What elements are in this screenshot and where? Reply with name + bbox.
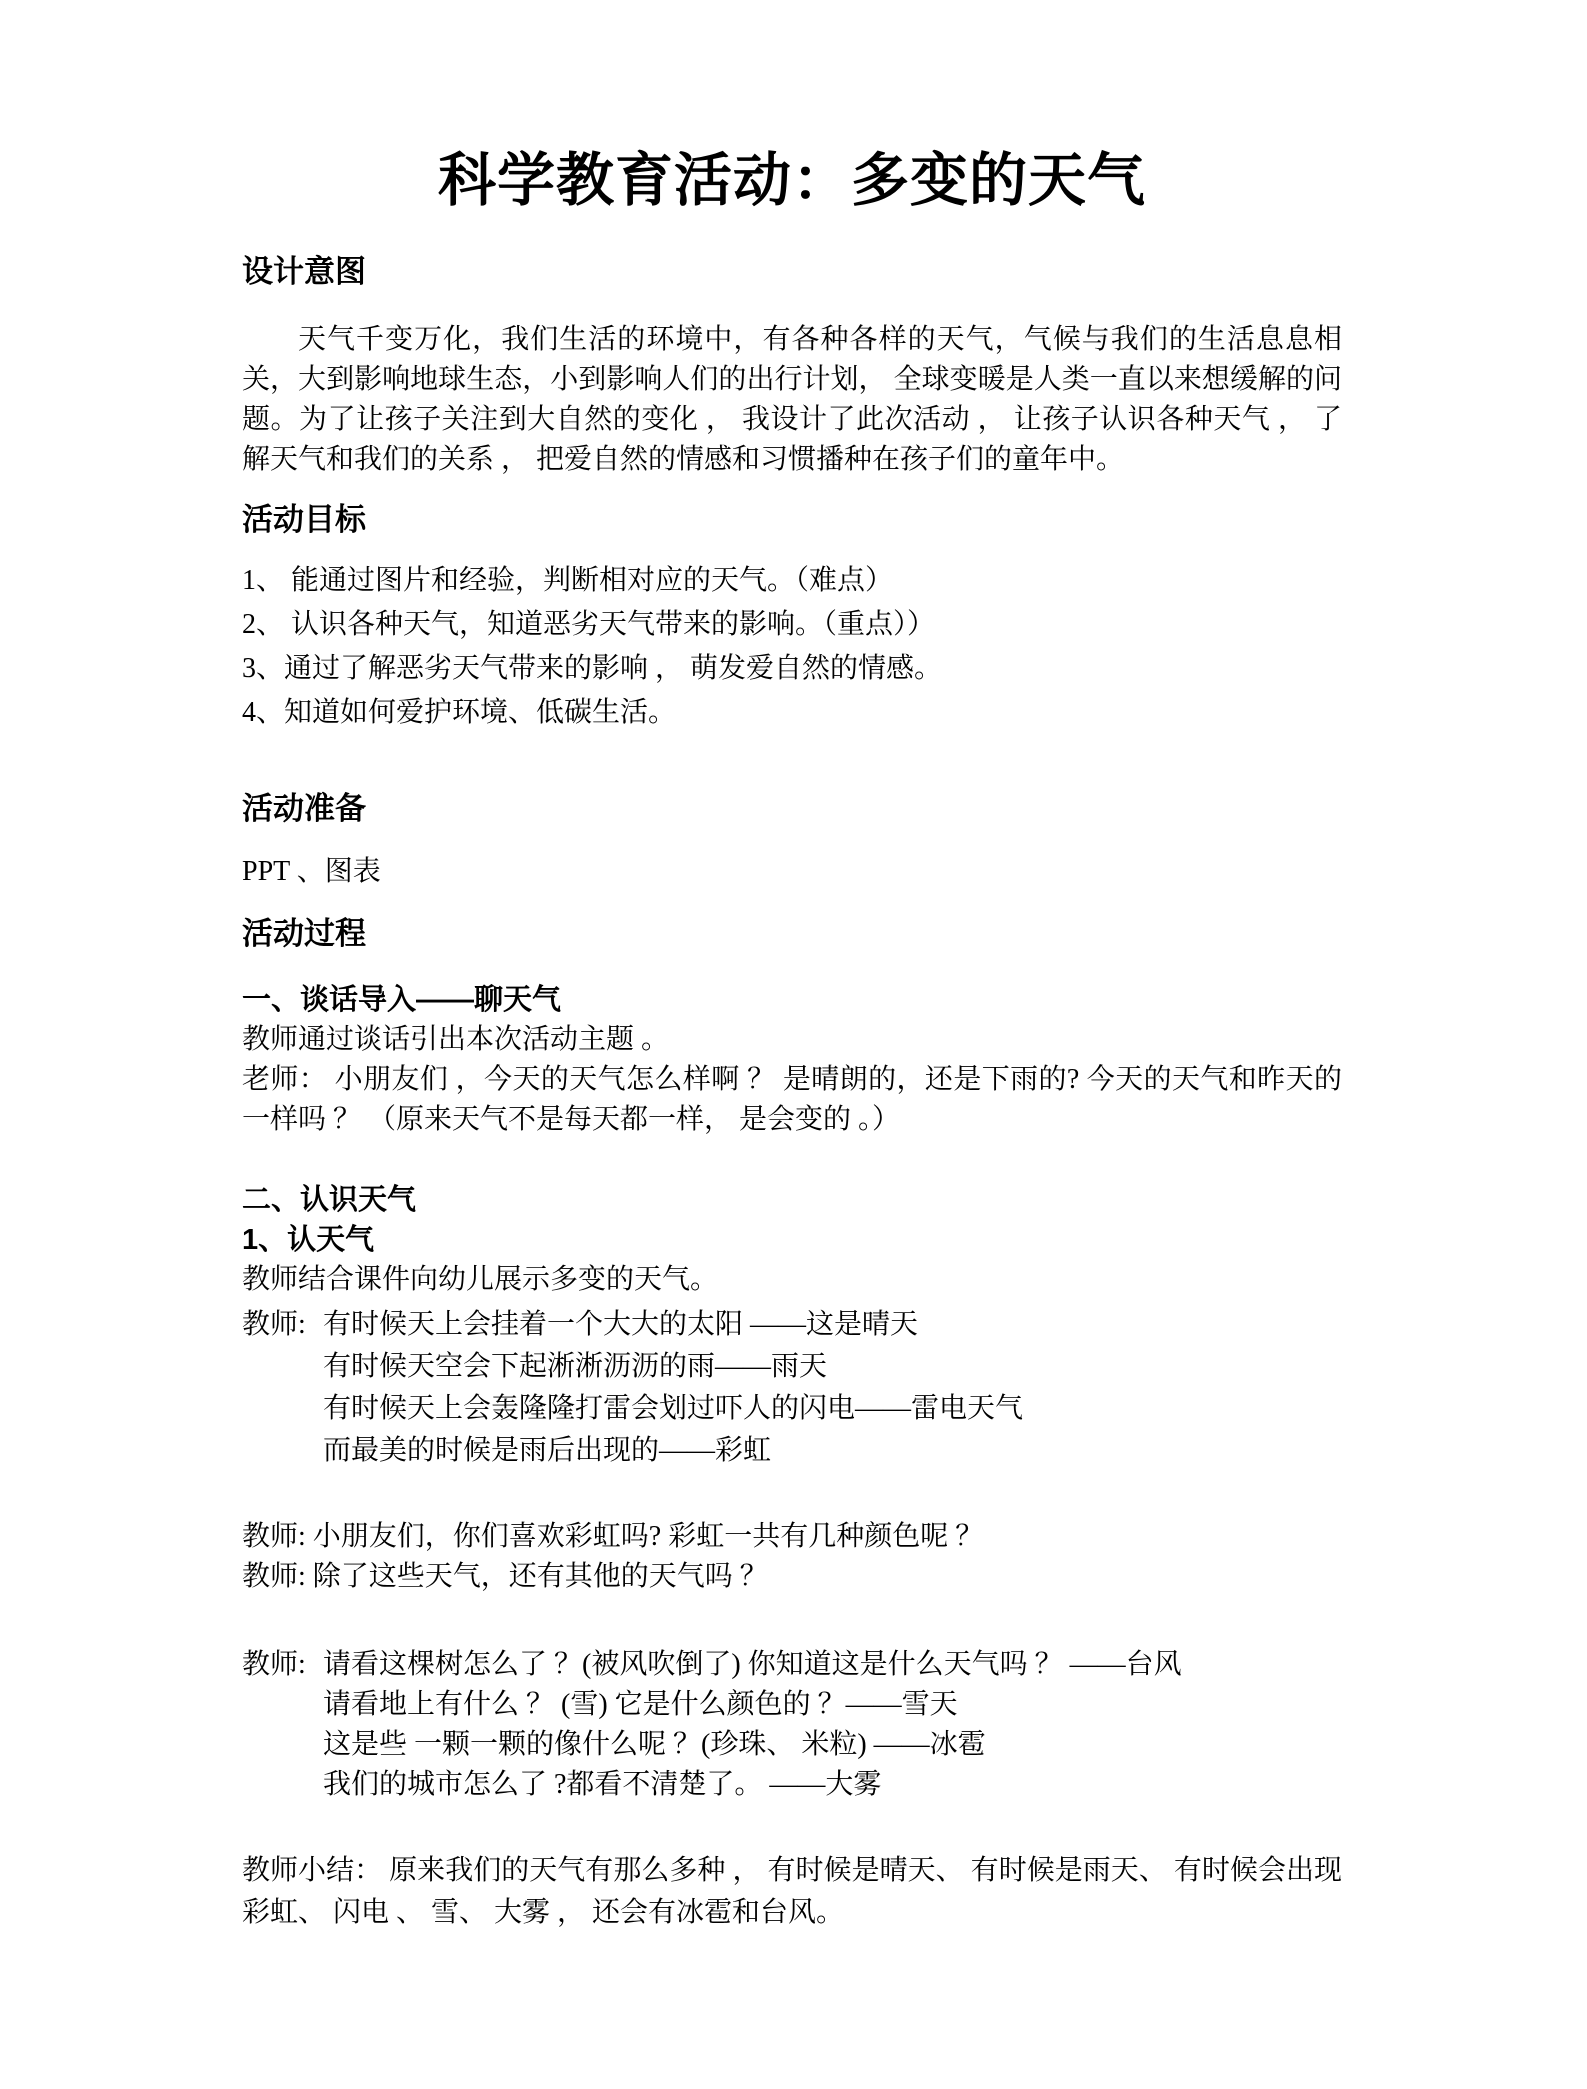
part2-sub-heading: 1、认天气 xyxy=(242,1220,1342,1260)
weather-dialog-line: 有时候天空会下起淅淅沥沥的雨——雨天 xyxy=(323,1346,1342,1388)
preparation-heading: 活动准备 xyxy=(242,789,1342,829)
weather-dialog-line: 而最美的时候是雨后出现的——彩虹 xyxy=(323,1430,1342,1472)
goal-item: 3、通过了解恶劣天气带来的影响 ， 萌发爱自然的情感。 xyxy=(242,647,1342,691)
weather-dialog-block: 教师: 有时候天上会挂着一个大大的太阳 ——这是晴天 有时候天空会下起淅淅沥沥的… xyxy=(242,1304,1342,1472)
guess-dialog-line: 这是些 一颗一颗的像什么呢 ？(珍珠、 米粒) ——冰雹 xyxy=(323,1725,1342,1765)
part2-intro: 教师结合课件向幼儿展示多变的天气。 xyxy=(242,1260,1342,1300)
design-intent-paragraph: 天气千变万化，我们生活的环境中，有各种各样的天气，气候与我们的生活息息相关，大到… xyxy=(242,320,1342,480)
document-page: 科学教育活动：多变的天气 设计意图 天气千变万化，我们生活的环境中，有各种各样的… xyxy=(0,0,1587,2089)
teacher-label: 教师: xyxy=(242,1645,306,1685)
goal-item: 2、 认识各种天气，知道恶劣天气带来的影响。（重点）） xyxy=(242,603,1342,647)
doc-title: 科学教育活动：多变的天气 xyxy=(242,148,1342,214)
goals-list: 1、 能通过图片和经验，判断相对应的天气。（难点） 2、 认识各种天气，知道恶劣… xyxy=(242,559,1342,735)
teacher-summary-paragraph: 教师小结： 原来我们的天气有那么多种 ， 有时候是晴天、 有时候是雨天、 有时候… xyxy=(242,1850,1342,1934)
process-heading: 活动过程 xyxy=(242,914,1342,954)
design-intent-heading: 设计意图 xyxy=(242,252,1342,292)
guess-dialog-block: 教师: 请看这棵树怎么了 ？(被风吹倒了) 你知道这是什么天气吗 ？ ——台风 … xyxy=(242,1645,1342,1805)
teacher-questions-block: 教师: 小朋友们，你们喜欢彩虹吗? 彩虹一共有几种颜色呢 ？ 教师: 除了这些天… xyxy=(242,1517,1342,1597)
goals-heading: 活动目标 xyxy=(242,500,1342,540)
teacher-question-line: 教师: 除了这些天气，还有其他的天气吗 ？ xyxy=(242,1557,1342,1597)
teacher-question-line: 教师: 小朋友们，你们喜欢彩虹吗? 彩虹一共有几种颜色呢 ？ xyxy=(242,1517,1342,1557)
weather-dialog-line: 有时候天上会轰隆隆打雷会划过吓人的闪电——雷电天气 xyxy=(323,1388,1342,1430)
preparation-text: PPT 、图表 xyxy=(242,852,1342,892)
part2-heading: 二、认识天气 xyxy=(242,1180,1342,1220)
part1-teacher-dialog: 老师： 小朋友们 ，今天的天气怎么样啊 ？ 是晴朗的，还是下雨的? 今天的天气和… xyxy=(242,1060,1342,1140)
part1-intro: 教师通过谈话引出本次活动主题 。 xyxy=(242,1020,1342,1060)
guess-dialog-line: 我们的城市怎么了 ?都看不清楚了。 ——大雾 xyxy=(323,1765,1342,1805)
guess-dialog-line: 请看地上有什么 ？ (雪) 它是什么颜色的 ？——雪天 xyxy=(323,1685,1342,1725)
guess-dialog-line: 请看这棵树怎么了 ？(被风吹倒了) 你知道这是什么天气吗 ？ ——台风 xyxy=(323,1645,1342,1685)
goal-item: 1、 能通过图片和经验，判断相对应的天气。（难点） xyxy=(242,559,1342,603)
weather-dialog-line: 有时候天上会挂着一个大大的太阳 ——这是晴天 xyxy=(323,1304,1342,1346)
part1-heading: 一、谈话导入——聊天气 xyxy=(242,980,1342,1020)
goal-item: 4、知道如何爱护环境、低碳生活。 xyxy=(242,691,1342,735)
teacher-label: 教师: xyxy=(242,1304,306,1346)
